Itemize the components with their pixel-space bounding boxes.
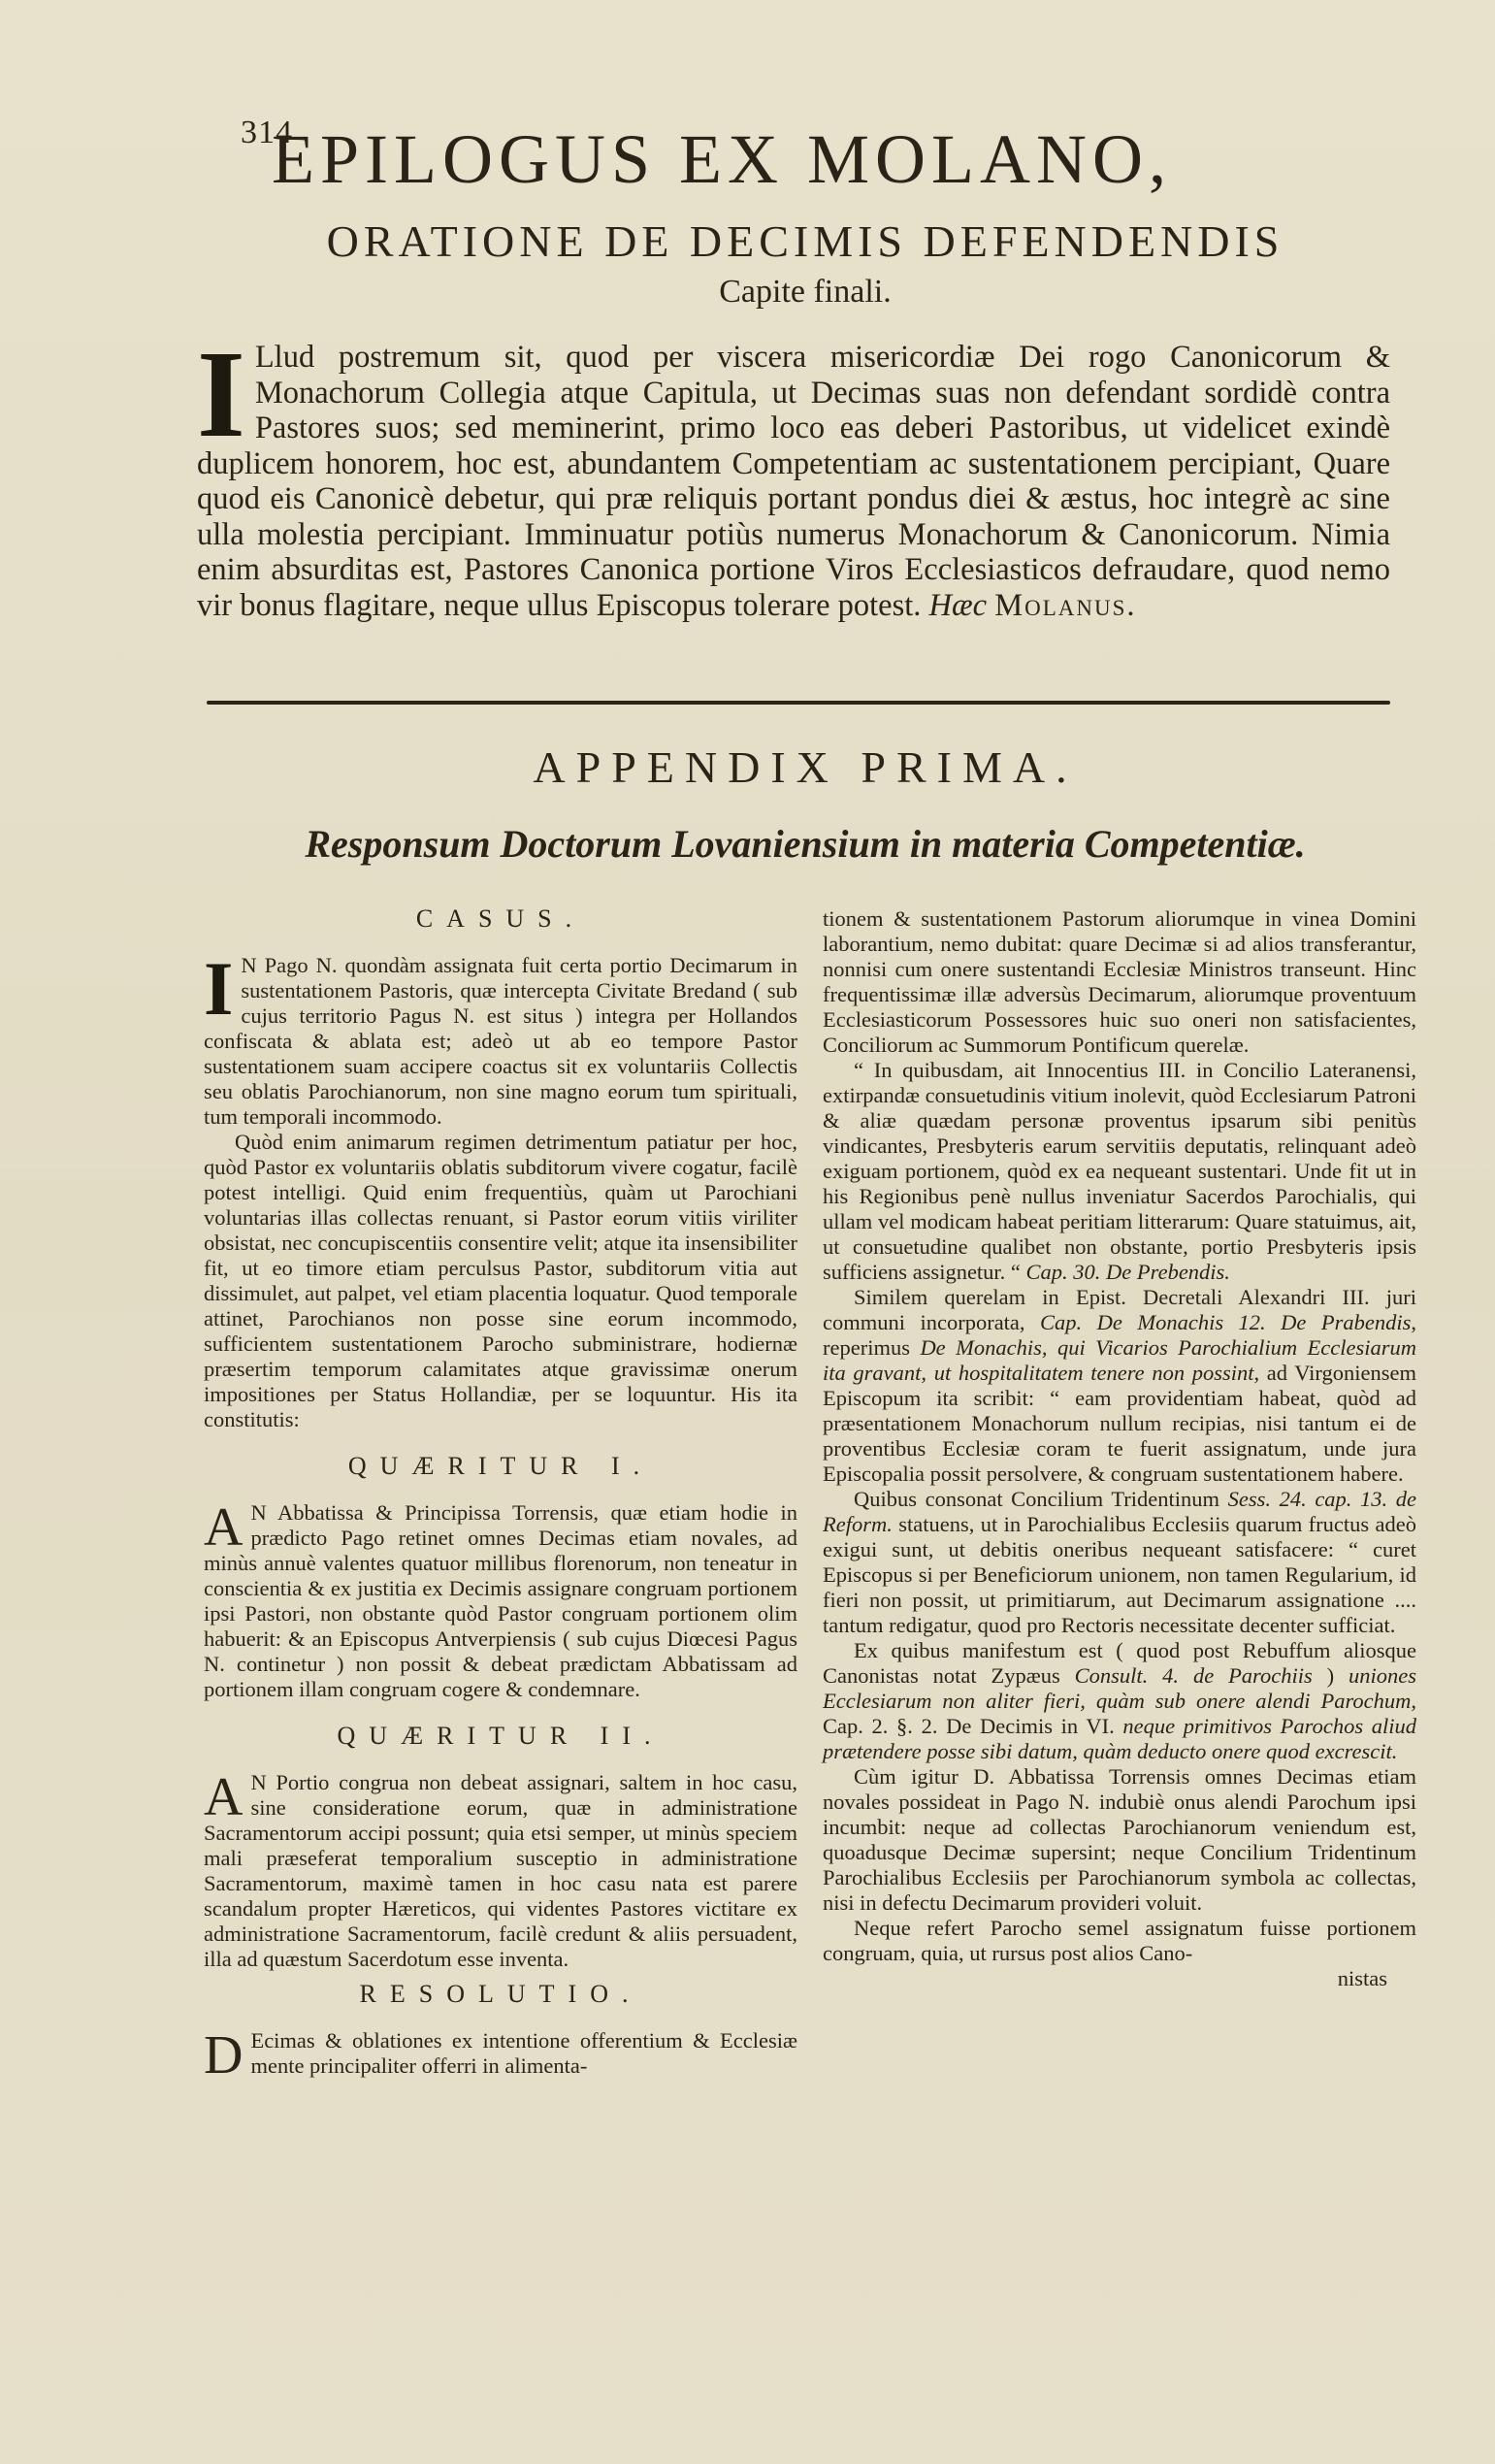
drop-cap: A [204,1774,243,1821]
innocentius-quote: “ In quibusdam, ait Innocentius III. in … [823,1058,1416,1285]
citation: Consult. 4. de Parochiis [1075,1663,1313,1688]
section-divider [207,701,1390,705]
epilogus-text: Llud postremum sit, quod per viscera mis… [197,340,1390,623]
citation: Cap. 30. De Prebendis. [1026,1260,1230,1284]
innocentius-quote-text: “ In quibusdam, ait Innocentius III. in … [823,1058,1416,1284]
epilogus-paragraph: ILlud postremum sit, quod per viscera mi… [197,340,1390,623]
neque-refert-paragraph: Neque refert Parocho semel assignatum fu… [823,1916,1416,1966]
drop-cap: D [204,2032,243,2079]
left-column: CASUS. IN Pago N. quondàm assignata fuit… [204,906,797,2079]
appendix-title: APPENDIX PRIMA. [194,745,1416,790]
catchword: nistas [823,1966,1416,1991]
right-column: tionem & sustentationem Pastorum aliorum… [823,906,1416,1991]
attribution-italic: Hæc [929,588,988,623]
quaeritur-1-heading: QUÆRITUR I. [204,1454,797,1479]
book-page: 314 EPILOGUS EX MOLANO, ORATIONE DE DECI… [0,0,1495,2464]
page-title: EPILOGUS EX MOLANO, [272,124,1378,194]
resolutio-heading: RESOLUTIO. [204,1982,797,2007]
page-subtitle: ORATIONE DE DECIMIS DEFENDENDIS [194,219,1416,264]
quaeritur-2-text: N Portio congrua non debeat assignari, s… [204,1770,797,1971]
right-paragraph-1: tionem & sustentationem Pastorum aliorum… [823,906,1416,1058]
abbatissa-paragraph: Cùm igitur D. Abbatissa Torrensis omnes … [823,1764,1416,1916]
quaeritur-2-paragraph: AN Portio congrua non debeat assignari, … [204,1770,797,1972]
manifestum-paragraph: Ex quibus manifestum est ( quod post Reb… [823,1638,1416,1764]
resolutio-paragraph: DEcimas & oblationes ex intentione offer… [204,2028,797,2079]
tridentinum-text-b: statuens, ut in Parochialibus Ecclesiis … [823,1512,1416,1637]
casus-paragraph-1: IN Pago N. quondàm assignata fuit certa … [204,953,797,1130]
appendix-subtitle: Responsum Doctorum Lovaniensium in mater… [194,825,1416,864]
quaeritur-1-text: N Abbatissa & Principissa Torrensis, quæ… [204,1500,797,1701]
drop-cap: A [204,1504,243,1551]
quaeritur-2-heading: QUÆRITUR II. [204,1724,797,1749]
alexander-paragraph: Similem querelam in Epist. Decretali Ale… [823,1285,1416,1487]
casus-text-1: N Pago N. quondàm assignata fuit certa p… [204,953,797,1129]
citation: Cap. De Monachis 12. De Prabendis [1040,1310,1411,1334]
drop-cap: I [197,344,245,444]
manifestum-text-b: ) [1327,1663,1335,1688]
resolutio-text: Ecimas & oblationes ex intentione offere… [250,2028,797,2078]
tridentinum-paragraph: Quibus consonat Concilium Tridentinum Se… [823,1487,1416,1638]
tridentinum-text-a: Quibus consonat Concilium Tridentinum [854,1487,1219,1511]
casus-paragraph-2: Quòd enim animarum regimen detrimentum p… [204,1130,797,1432]
drop-cap: I [204,957,233,1023]
attribution-name: Molanus. [994,588,1136,623]
quaeritur-1-paragraph: AN Abbatissa & Principissa Torrensis, qu… [204,1500,797,1702]
casus-heading: CASUS. [204,906,797,932]
page-subtitle-chapter: Capite finali. [194,274,1416,311]
